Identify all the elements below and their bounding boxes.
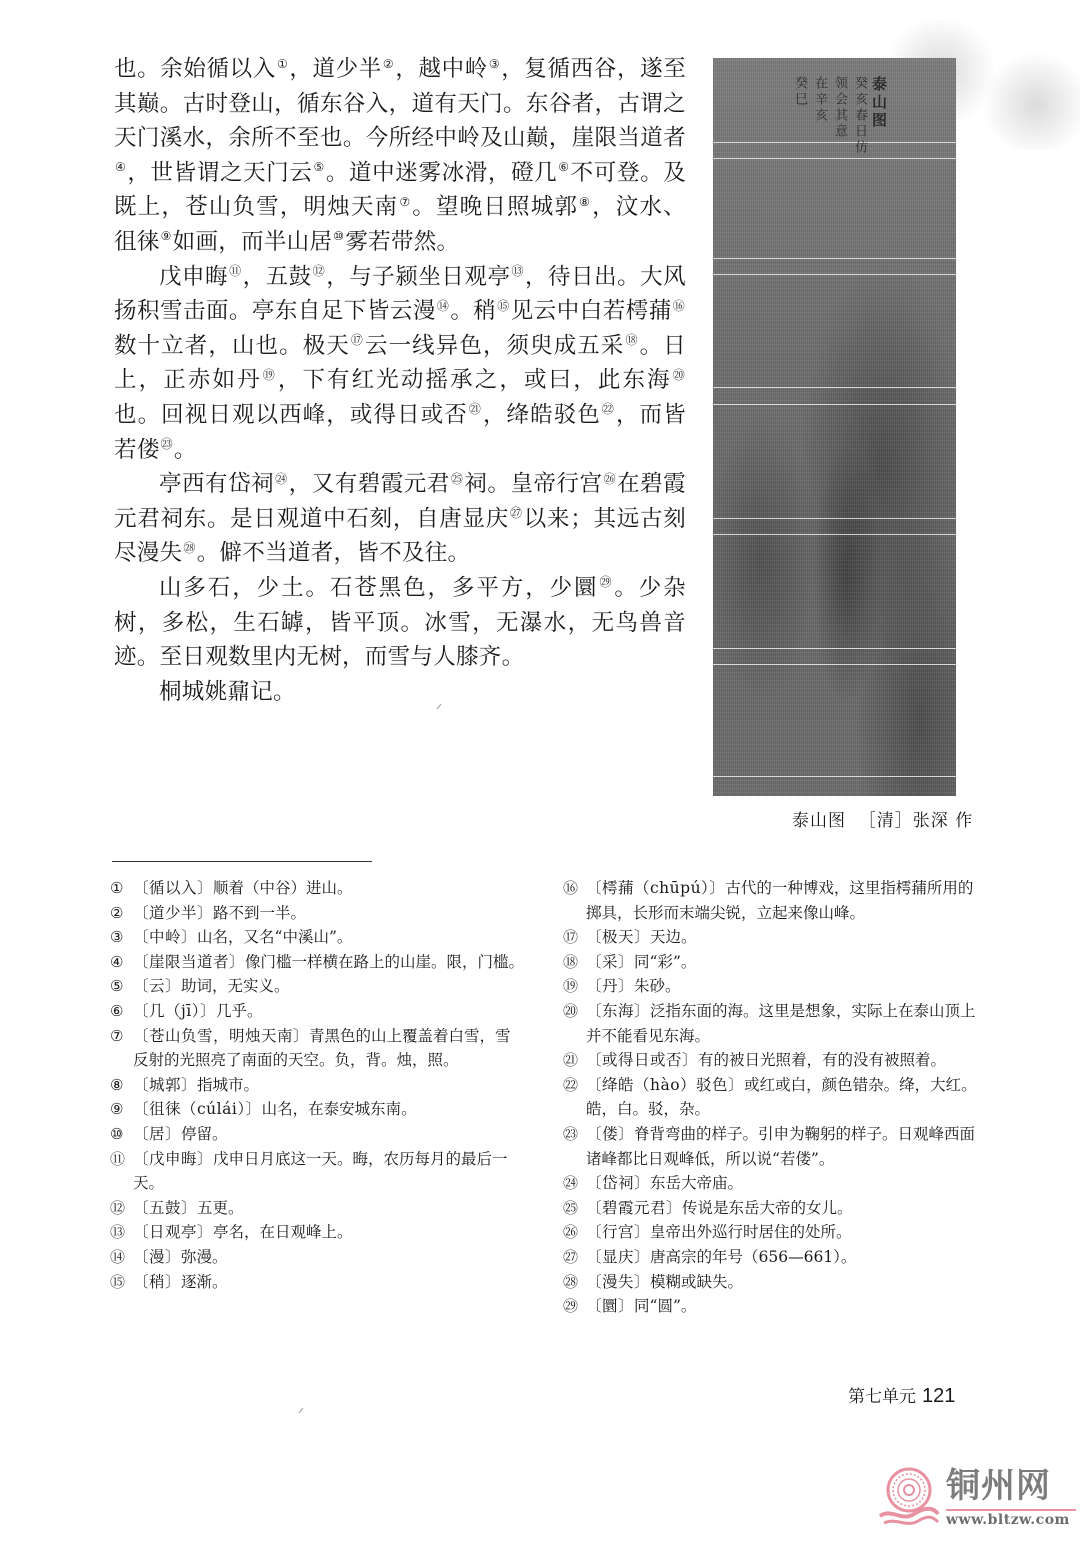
footnote-item: ⑭〔漫〕弥漫。	[110, 1245, 525, 1270]
body-text-run: 桐城姚鼐记。	[159, 679, 296, 705]
watermark-logo-icon	[878, 1466, 940, 1528]
footnote-term: 〔漫失〕	[586, 1273, 650, 1291]
footnote-definition: 亭名，在日观峰上。	[213, 1223, 353, 1241]
footnote-number: ⑱	[563, 950, 578, 975]
footnote-item: ⑤〔云〕助词，无实义。	[110, 974, 525, 999]
page-number: 121	[922, 1385, 955, 1407]
footnote-number: ⑦	[110, 1024, 123, 1049]
footnote-definition: 同“彩”。	[634, 953, 696, 971]
body-text-run: 数十立者，山也。极天	[114, 333, 350, 359]
body-text-run: ，又有碧霞元君	[289, 471, 450, 497]
body-text-run: 也。余始循以入	[114, 56, 276, 82]
footnote-item: ㉕〔碧霞元君〕传说是东岳大帝的女儿。	[563, 1196, 978, 1221]
body-text-run: 。	[174, 437, 197, 463]
footnote-term: 〔或得日或否〕	[586, 1051, 698, 1069]
footnote-definition: 路不到一半。	[213, 904, 306, 922]
footnote-marker: ㉑	[469, 402, 482, 416]
footnote-number: ㉕	[563, 1196, 578, 1221]
footnote-term: 〔居〕	[133, 1125, 181, 1143]
footnote-item: ③〔中岭〕山名，又名“中溪山”。	[110, 925, 525, 950]
footnote-marker: ⑮	[497, 299, 510, 313]
body-paragraph: 戊申晦⑪，五鼓⑫，与子颍坐日观亭⑬，待日出。大风扬积雪击面。亭东自足下皆云漫⑭。…	[114, 260, 686, 468]
body-paragraph: 桐城姚鼐记。	[114, 675, 686, 710]
footnote-number: ④	[110, 950, 123, 975]
body-text-run: 。僻不当道者，皆不及往。	[197, 540, 471, 566]
footnote-marker: ④	[115, 160, 126, 174]
footnote-definition: 同“圆”。	[634, 1297, 696, 1315]
body-text-run: ，下有红光动摇承之，或曰，此东海	[278, 367, 672, 393]
footnote-term: 〔碧霞元君〕	[586, 1199, 682, 1217]
footnote-term: 〔五鼓〕	[133, 1199, 197, 1217]
footnote-item: ⑰〔极天〕天边。	[563, 925, 978, 950]
footnote-marker: ⑳	[673, 368, 685, 382]
footnote-definition: 几乎。	[216, 1002, 263, 1020]
footnote-item: ㉒〔绛皓（hào）驳色〕或红或白，颜色错杂。绛，大红。皓，白。驳，杂。	[563, 1073, 978, 1122]
body-text-run: 见云中白若樗蒱	[511, 298, 672, 324]
site-watermark: 铜州网 www.bltzw.com	[878, 1466, 1078, 1536]
footnote-item: ②〔道少半〕路不到一半。	[110, 901, 525, 926]
footnote-term: 〔圜〕	[586, 1297, 634, 1315]
footnote-term: 〔东海〕	[586, 1002, 650, 1020]
footnote-marker: ⑨	[161, 229, 172, 243]
footnote-definition: 唐高宗的年号（656—661）。	[650, 1248, 856, 1266]
inscription-column: 癸亥春日仿	[852, 76, 866, 156]
footnote-number: ⑥	[110, 999, 123, 1024]
footnote-term: 〔徂徕（cúlái）〕	[133, 1100, 262, 1118]
footnote-term: 〔行宫〕	[586, 1223, 650, 1241]
footnote-term: 〔道少半〕	[133, 904, 213, 922]
footnote-term: 〔云〕	[133, 977, 181, 995]
footnotes-left-column: ①〔循以入〕顺着（中谷）进山。②〔道少半〕路不到一半。③〔中岭〕山名，又名“中溪…	[110, 876, 525, 1294]
body-text-run: ，世皆谓之天门云	[127, 160, 312, 186]
footnote-divider	[112, 861, 372, 862]
watermark-site-name: 铜州网	[946, 1466, 1051, 1506]
footnote-definition: 停留。	[181, 1125, 228, 1143]
body-text-run: 也。回视日观以西峰，或得日或否	[114, 402, 468, 428]
footnote-marker: ③	[489, 57, 500, 71]
footnote-number: ⑮	[110, 1270, 125, 1295]
footnote-item: ⑱〔采〕同“彩”。	[563, 950, 978, 975]
footnote-item: ㉖〔行宫〕皇帝出外巡行时居住的处所。	[563, 1220, 978, 1245]
body-text-run: 亭西有岱祠	[159, 471, 274, 497]
footnote-term: 〔樗蒱（chūpú）〕	[586, 879, 725, 897]
footnote-term: 〔偻〕	[586, 1125, 634, 1143]
scan-line	[713, 534, 956, 535]
footnote-definition: 皇帝出外巡行时居住的处所。	[650, 1223, 852, 1241]
textbook-page: 也。余始循以入①，道少半②，越中岭③，复循西谷，遂至其巅。古时登山，循东谷入，道…	[0, 0, 1080, 1544]
body-text: 也。余始循以入①，道少半②，越中岭③，复循西谷，遂至其巅。古时登山，循东谷入，道…	[114, 52, 686, 709]
footnote-item: ⑲〔丹〕朱砂。	[563, 974, 978, 999]
footnote-item: ⑪〔戊申晦〕戊申日月底这一天。晦，农历每月的最后一天。	[110, 1147, 525, 1196]
footnote-definition: 助词，无实义。	[181, 977, 290, 995]
body-text-run: 云一线异色，须臾成五采	[365, 333, 624, 359]
footnotes-right-column: ⑯〔樗蒱（chūpú）〕古代的一种博戏，这里指樗蒱所用的掷具，长形而末端尖锐，立…	[563, 876, 978, 1319]
footnote-number: ⑤	[110, 974, 123, 999]
body-paragraph: 山多石，少土。石苍黑色，多平方，少圜㉙。少杂树，多松，生石罅，皆平顶。冰雪，无瀑…	[114, 571, 686, 675]
footnote-term: 〔循以入〕	[133, 879, 213, 897]
footnote-number: ⑲	[563, 974, 578, 999]
footnote-definition: 东岳大帝庙。	[650, 1174, 743, 1192]
footnote-definition: 有的被日光照着，有的没有被照着。	[698, 1051, 946, 1069]
footnote-marker: ㉔	[275, 472, 288, 486]
footnote-number: ㉖	[563, 1220, 578, 1245]
footnote-marker: ⑫	[313, 264, 326, 278]
scan-line	[713, 648, 956, 649]
footnote-term: 〔几（jī）〕	[133, 1002, 216, 1020]
body-text-run: 。稍	[450, 298, 496, 324]
footnote-marker: ②	[383, 57, 394, 71]
scan-line	[713, 518, 956, 519]
footnote-number: ⑫	[110, 1196, 125, 1221]
body-text-run: 如画，而半山居	[173, 229, 333, 255]
body-text-run: ，越中岭	[395, 56, 488, 82]
footnote-term: 〔极天〕	[586, 928, 650, 946]
footnote-marker: ⑱	[625, 333, 638, 347]
footnote-marker: ⑤	[314, 160, 325, 174]
scan-line	[713, 404, 956, 405]
footnote-term: 〔漫〕	[133, 1248, 181, 1266]
footnote-number: ⑰	[563, 925, 578, 950]
inscription-column: 在辛亥	[812, 76, 826, 156]
footnote-item: ⑥〔几（jī）〕几乎。	[110, 999, 525, 1024]
footnote-number: ⑳	[563, 999, 578, 1024]
footnote-item: ④〔崖限当道者〕像门槛一样横在路上的山崖。限，门槛。	[110, 950, 525, 975]
body-text-run: ，绛皓驳色	[483, 402, 601, 428]
footnote-term: 〔稍〕	[133, 1273, 181, 1291]
footnote-marker: ⑯	[673, 299, 685, 313]
body-paragraph: 亭西有岱祠㉔，又有碧霞元君㉕祠。皇帝行宫㉖在碧霞元君祠东。是日观道中石刻，自唐显…	[114, 467, 686, 571]
footnote-marker: ㉗	[510, 506, 523, 520]
footnote-number: ㉘	[563, 1270, 578, 1295]
inscription-column: 领会其意	[832, 76, 846, 156]
footnote-marker: ⑥	[558, 160, 569, 174]
footnote-item: ㉗〔显庆〕唐高宗的年号（656—661）。	[563, 1245, 978, 1270]
scan-line	[713, 158, 956, 159]
footnote-marker: ①	[277, 57, 288, 71]
footnote-number: ②	[110, 901, 123, 926]
body-text-run: 山多石，少土。石苍黑色，多平方，少圜	[159, 575, 598, 601]
footnote-definition: 脊背弯曲的样子。引申为鞠躬的样子。日观峰西面诸峰都比日观峰低，所以说“若偻”。	[586, 1125, 975, 1168]
watermark-underline	[946, 1509, 1076, 1511]
body-text-run: ，与子颍坐日观亭	[326, 264, 510, 290]
body-text-run: 。望晚日照城郭	[412, 194, 578, 220]
body-text-run: 雾若带然。	[345, 229, 459, 255]
footnote-definition: 顺着（中谷）进山。	[213, 879, 353, 897]
footnote-number: ①	[110, 876, 123, 901]
footnote-item: ⑨〔徂徕（cúlái）〕山名，在泰安城东南。	[110, 1097, 525, 1122]
footnote-marker: ⑲	[263, 368, 277, 382]
footnote-item: ㉑〔或得日或否〕有的被日光照着，有的没有被照着。	[563, 1048, 978, 1073]
footnote-definition: 朱砂。	[634, 977, 681, 995]
footnote-definition: 传说是东岳大帝的女儿。	[682, 1199, 853, 1217]
footnote-definition: 像门槛一样横在路上的山崖。限，门槛。	[245, 953, 524, 971]
footnote-term: 〔显庆〕	[586, 1248, 650, 1266]
scan-line	[713, 776, 956, 777]
footnote-marker: ⑪	[229, 264, 242, 278]
body-text-run: 。道中迷雾冰滑，磴几	[326, 160, 557, 186]
page-footer: 第七单元121	[848, 1382, 955, 1408]
footnote-term: 〔城郭〕	[133, 1076, 197, 1094]
footnote-number: ㉔	[563, 1171, 578, 1196]
footnote-term: 〔中岭〕	[133, 928, 197, 946]
painting-title-inscription: 泰山图	[872, 76, 886, 156]
footnote-number: ⑩	[110, 1122, 123, 1147]
footnote-term: 〔岱祠〕	[586, 1174, 650, 1192]
body-paragraph: 也。余始循以入①，道少半②，越中岭③，复循西谷，遂至其巅。古时登山，循东谷入，道…	[114, 52, 686, 260]
footnote-item: ㉘〔漫失〕模糊或缺失。	[563, 1270, 978, 1295]
footnote-number: ⑨	[110, 1097, 123, 1122]
footnote-item: ⑫〔五鼓〕五更。	[110, 1196, 525, 1221]
footnote-item: ⑯〔樗蒱（chūpú）〕古代的一种博戏，这里指樗蒱所用的掷具，长形而末端尖锐，立…	[563, 876, 978, 925]
footnote-marker: ⑬	[511, 264, 524, 278]
footnote-term: 〔日观亭〕	[133, 1223, 213, 1241]
body-text-run: ，五鼓	[243, 264, 312, 290]
unit-label: 第七单元	[848, 1387, 916, 1407]
footnote-definition: 弥漫。	[181, 1248, 228, 1266]
scan-line	[713, 258, 956, 259]
footnote-item: ⑮〔稍〕逐渐。	[110, 1270, 525, 1295]
footnote-number: ㉒	[563, 1073, 578, 1098]
footnote-marker: ㉙	[599, 575, 613, 589]
footnote-item: ㉙〔圜〕同“圆”。	[563, 1294, 978, 1319]
footnote-definition: 五更。	[197, 1199, 244, 1217]
body-text-run: 祠。皇帝行宫	[464, 471, 602, 497]
footnote-item: ①〔循以入〕顺着（中谷）进山。	[110, 876, 525, 901]
footnote-marker: ⑭	[437, 299, 450, 313]
footnote-number: ㉓	[563, 1122, 578, 1147]
footnote-item: ⑩〔居〕停留。	[110, 1122, 525, 1147]
footnote-marker: ㉓	[161, 437, 173, 451]
footnote-term: 〔丹〕	[586, 977, 634, 995]
scan-line	[713, 274, 956, 275]
footnote-marker: ㉘	[183, 541, 195, 555]
footnote-number: ㉑	[563, 1048, 578, 1073]
footnote-item: ⑬〔日观亭〕亭名，在日观峰上。	[110, 1220, 525, 1245]
scan-line	[713, 387, 956, 388]
scan-line	[713, 664, 956, 665]
footnote-term: 〔采〕	[586, 953, 634, 971]
footnote-marker: ⑦	[399, 195, 411, 209]
footnote-item: ⑦〔苍山负雪，明烛天南〕青黑色的山上覆盖着白雪，雪反射的光照亮了南面的天空。负，…	[110, 1024, 525, 1073]
inscription-column: 癸巳	[792, 76, 806, 156]
footnote-item: ㉓〔偻〕脊背弯曲的样子。引申为鞠躬的样子。日观峰西面诸峰都比日观峰低，所以说“若…	[563, 1122, 978, 1171]
footnote-number: ⑭	[110, 1245, 125, 1270]
footnote-term: 〔绛皓（hào）驳色〕	[586, 1076, 744, 1094]
footnote-number: ㉙	[563, 1294, 578, 1319]
footnote-marker: ⑰	[351, 333, 364, 347]
footnote-definition: 天边。	[650, 928, 697, 946]
footnote-definition: 山名，在泰安城东南。	[262, 1100, 417, 1118]
footnote-item: ㉔〔岱祠〕东岳大帝庙。	[563, 1171, 978, 1196]
footnote-marker: ㉖	[604, 472, 617, 486]
body-text-run: 戊申晦	[159, 264, 228, 290]
figure-caption: 泰山图 ［清］张深 作	[792, 806, 973, 831]
footnote-number: ㉗	[563, 1245, 578, 1270]
footnote-marker: ㉒	[602, 402, 615, 416]
footnote-term: 〔戊申晦〕	[133, 1150, 213, 1168]
footnote-number: ⑬	[110, 1220, 125, 1245]
footnote-number: ③	[110, 925, 123, 950]
painting-inscription: 泰山图癸亥春日仿领会其意在辛亥癸巳	[792, 76, 886, 156]
footnote-number: ⑯	[563, 876, 578, 901]
footnote-item: ⑳〔东海〕泛指东面的海。这里是想象，实际上在泰山顶上并不能看见东海。	[563, 999, 978, 1048]
footnote-term: 〔苍山负雪，明烛天南〕	[133, 1027, 309, 1045]
scan-artifact	[299, 1408, 304, 1413]
footnote-definition: 山名，又名“中溪山”。	[197, 928, 352, 946]
footnote-definition: 模糊或缺失。	[650, 1273, 743, 1291]
footnote-definition: 逐渐。	[181, 1273, 228, 1291]
footnote-marker: ⑩	[333, 229, 344, 243]
footnote-number: ⑪	[110, 1147, 125, 1172]
footnote-marker: ⑧	[579, 195, 591, 209]
footnote-term: 〔崖限当道者〕	[133, 953, 245, 971]
watermark-url: www.bltzw.com	[946, 1512, 1070, 1528]
taishan-painting: 泰山图癸亥春日仿领会其意在辛亥癸巳	[713, 58, 956, 796]
body-text-run: ，道少半	[289, 56, 382, 82]
footnote-number: ⑧	[110, 1073, 123, 1098]
footnote-item: ⑧〔城郭〕指城市。	[110, 1073, 525, 1098]
footnote-definition: 指城市。	[197, 1076, 259, 1094]
footnote-marker: ㉕	[451, 472, 464, 486]
